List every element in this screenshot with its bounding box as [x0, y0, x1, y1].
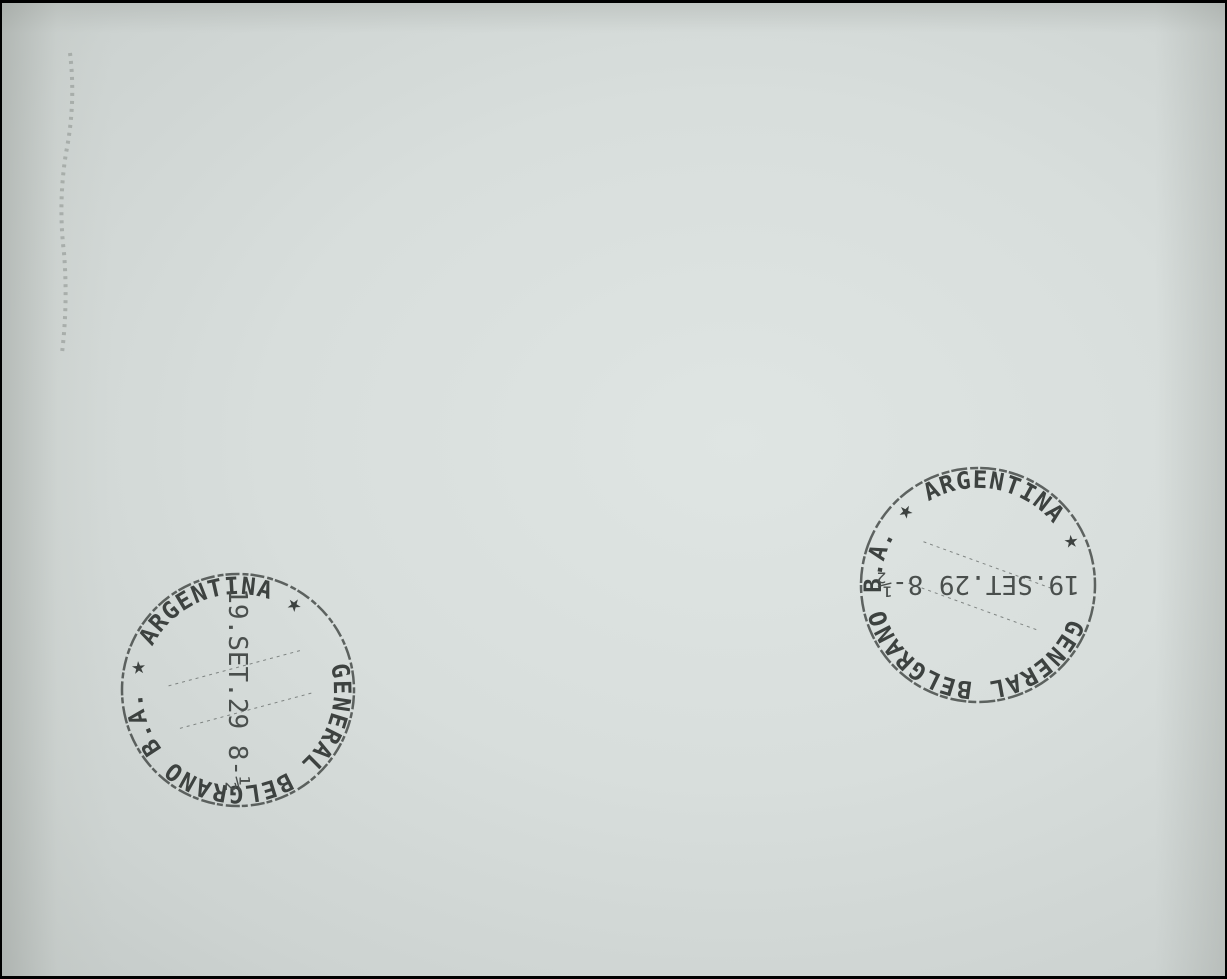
- postmark-date: 19.SET.29 8-½: [222, 588, 252, 792]
- postmark-date: 19.SET.29 8-½: [876, 569, 1080, 599]
- postmark-left: GENERAL BELGRANO B.A. ★ ARGENTINA ★ 19.S…: [118, 568, 358, 813]
- postmark-right: GENERAL BELGRANO B.A. ★ ARGENTINA ★ 19.S…: [854, 463, 1104, 708]
- paper-shadow-right: [1155, 3, 1225, 976]
- paper-shadow-top: [2, 3, 1225, 33]
- stain-mark: [42, 43, 82, 363]
- envelope-back: GENERAL BELGRANO B.A. ★ ARGENTINA ★ 19.S…: [2, 3, 1225, 976]
